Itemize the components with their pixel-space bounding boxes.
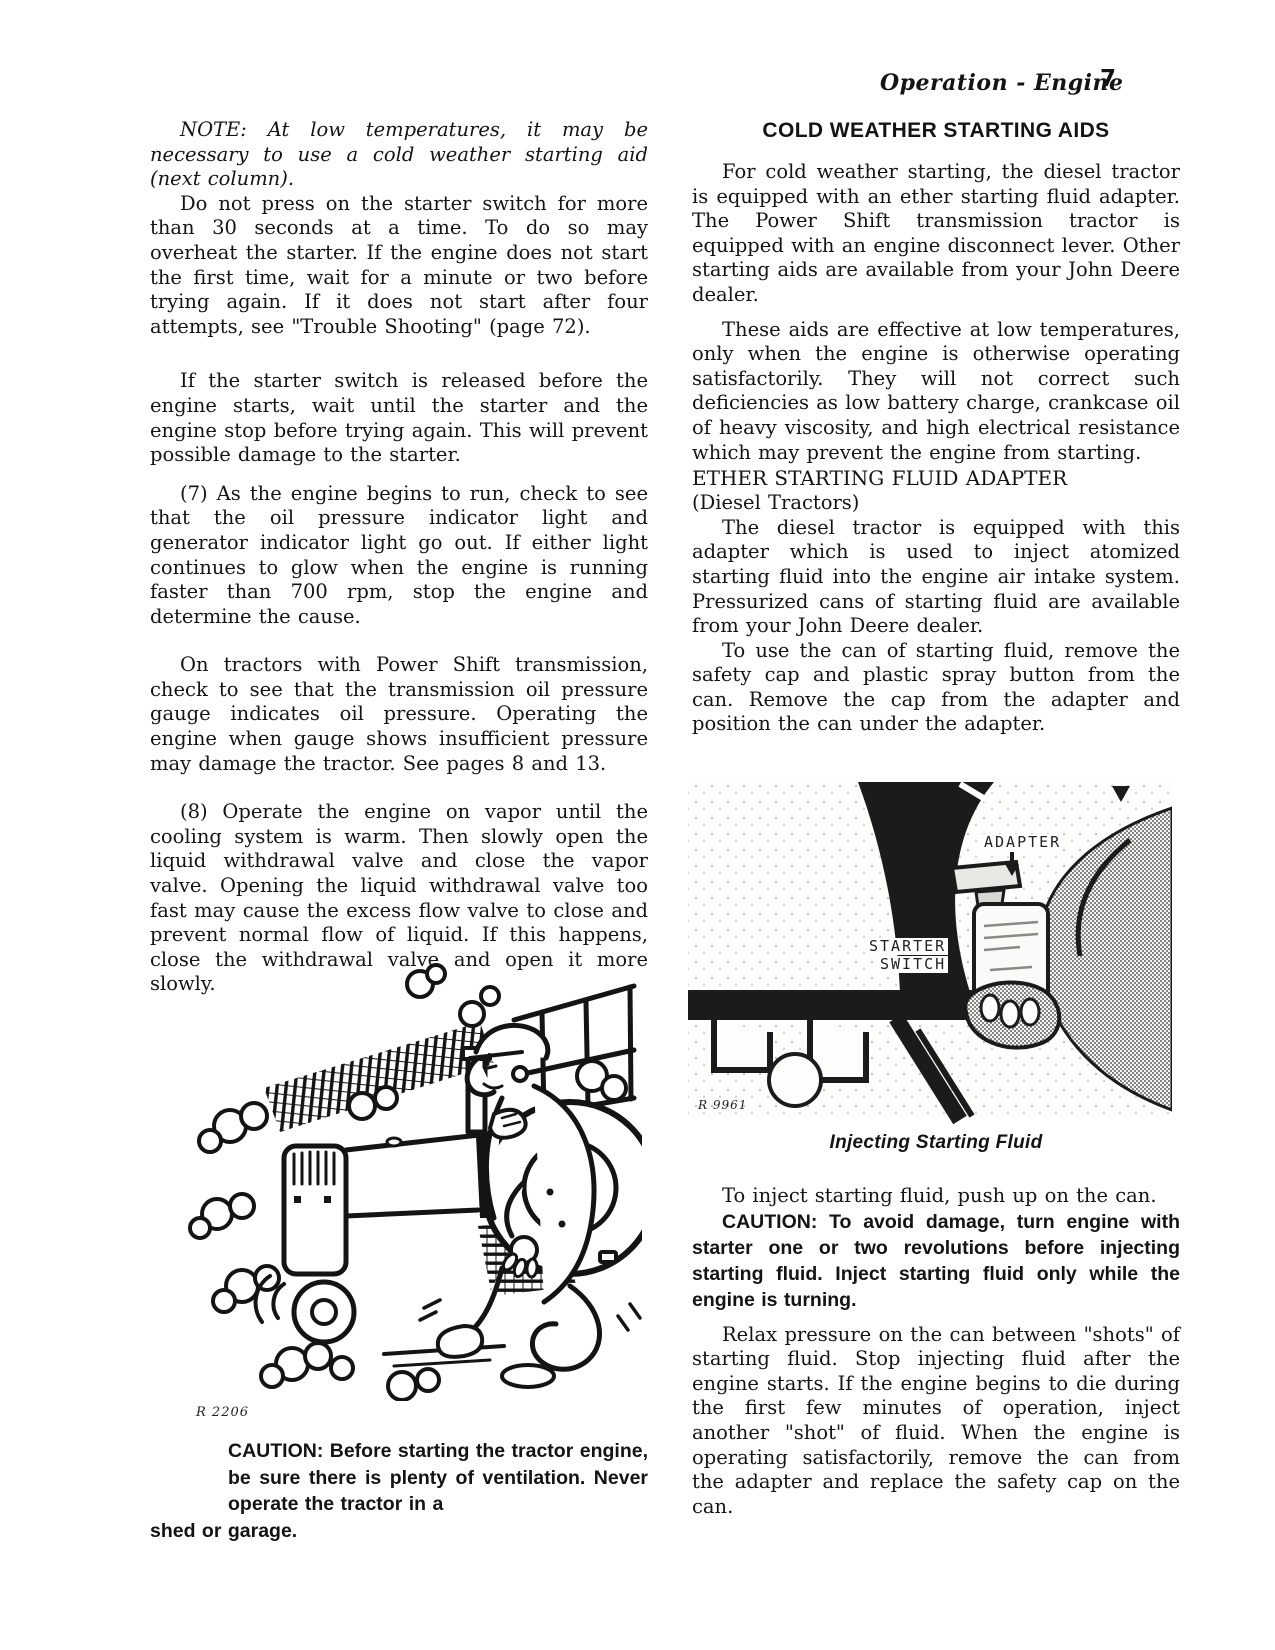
paragraph-power-shift-gauge: On tractors with Power Shift transmissio… [150,653,648,776]
subsection-heading-line1: ETHER STARTING FLUID ADAPTER [692,465,1180,491]
note-paragraph: NOTE: At low temperatures, it may be nec… [150,118,648,192]
ventilation-caution-tail: shed or garage. [150,1518,648,1545]
paragraph-step-7: (7) As the engine begins to run, check t… [150,482,648,630]
page-header-title: Operation - Engine [880,70,1124,96]
paragraph-cold-weather: For cold weather starting, the diesel tr… [692,160,1180,308]
photo-figure-label: R 9961 [698,1098,747,1112]
page-number: 7 [1100,66,1116,92]
injection-caution: CAUTION: To avoid damage, turn engine wi… [692,1209,1180,1313]
paragraph-inject-push-up: To inject starting fluid, push up on the… [692,1184,1180,1209]
shading-hatch [264,1022,494,1132]
adapter-label: ADAPTER [982,834,1063,851]
cartoon-figure-label: R 2206 [196,1406,249,1420]
photo-caption: Injecting Starting Fluid [692,1132,1180,1154]
right-column-lower: To inject starting fluid, push up on the… [692,1184,1180,1519]
starter-switch-label-line1: STARTER [867,938,948,955]
paragraph-diesel-adapter: The diesel tractor is equipped with this… [692,516,1180,639]
right-column: COLD WEATHER STARTING AIDS For cold weat… [692,118,1180,737]
tractor-shed-cartoon-illustration [172,956,642,1401]
manual-page: Operation - Engine 7 NOTE: At low temper… [0,0,1275,1650]
cartoon-figure: R 2206 [172,956,642,1426]
paragraph-starter-switch-time: Do not press on the starter switch for m… [150,192,648,340]
ventilation-caution: CAUTION: Before starting the tractor eng… [150,1438,648,1544]
section-heading: COLD WEATHER STARTING AIDS [692,118,1180,144]
subsection-heading-line2: (Diesel Tractors) [692,491,1180,516]
paragraph-aids-effective: These aids are effective at low temperat… [692,318,1180,466]
left-column: NOTE: At low temperatures, it may be nec… [150,118,648,997]
ventilation-caution-text: CAUTION: Before starting the tractor eng… [228,1438,648,1518]
paragraph-starter-released: If the starter switch is released before… [150,369,648,467]
photo-figure: ADAPTER STARTER SWITCH R 9961 [660,780,1172,1125]
paragraph-use-can: To use the can of starting fluid, remove… [692,639,1180,737]
paragraph-relax-pressure: Relax pressure on the can between "shots… [692,1323,1180,1520]
starter-switch-label-line2: SWITCH [878,956,948,973]
